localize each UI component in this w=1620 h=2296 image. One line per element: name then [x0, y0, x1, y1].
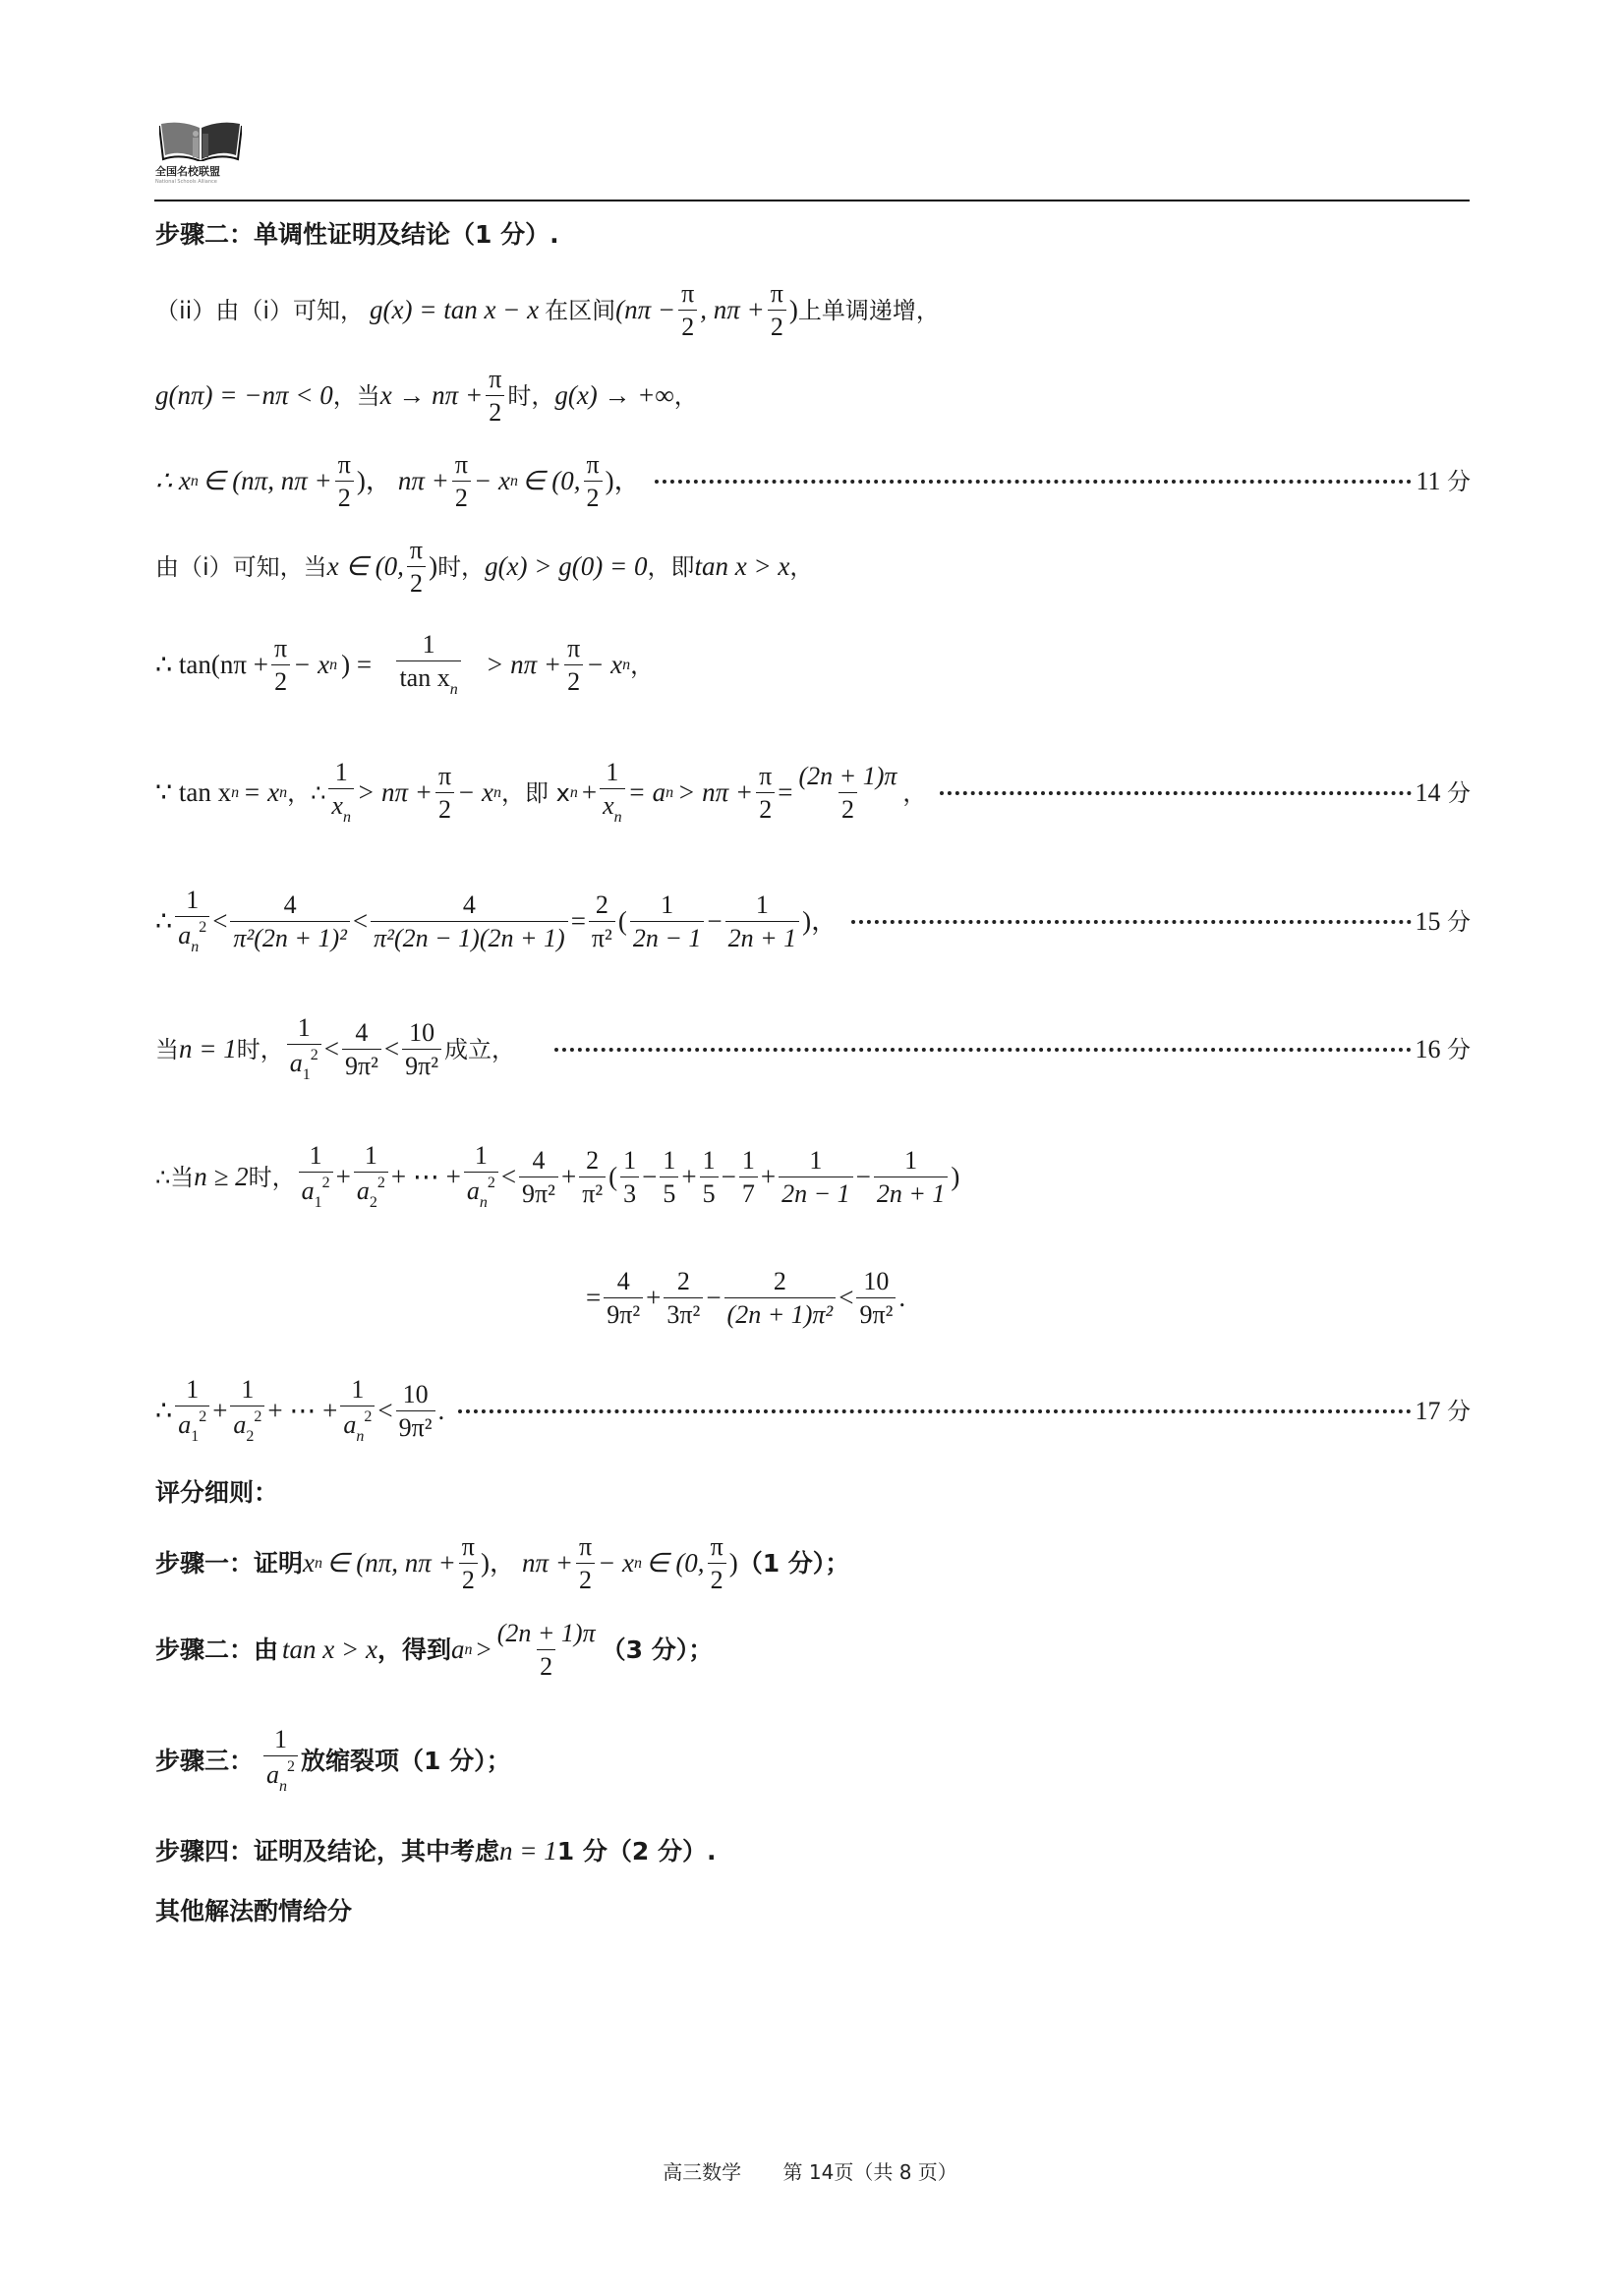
fraction: 1tan xn: [375, 631, 483, 699]
footer-page-number: 第 14页（共 8 页）: [783, 2160, 957, 2184]
fraction: 12n − 1: [779, 1147, 853, 1208]
line-limit: g(nπ) = −nπ < 0 ，当 x → nπ + π2 时， g(x) →…: [155, 366, 698, 427]
fraction: 12n − 1: [630, 891, 705, 952]
fraction: 49π²: [604, 1268, 643, 1329]
fraction: 1xn: [600, 759, 625, 827]
fraction: 12n + 1: [874, 1147, 949, 1208]
fraction: π2: [486, 366, 504, 427]
dot-leader: [940, 791, 1411, 795]
rubric-step-3: 步骤三： 1an2 放缩裂项（1 分）；: [155, 1726, 511, 1796]
line-sum-result: = 49π² + 23π² − 2(2n + 1)π² < 109π² .: [586, 1268, 905, 1329]
dot-leader: [655, 480, 1413, 484]
fraction: π2: [564, 635, 583, 696]
fraction: 49π²: [519, 1147, 558, 1208]
fraction: 2(2n + 1)π²: [724, 1268, 837, 1329]
fraction: 1xn: [328, 759, 354, 827]
fraction: 4π²(2n − 1)(2n + 1): [371, 891, 568, 952]
fraction: 1an2: [340, 1376, 375, 1446]
rubric-step-2: 步骤二：由 tan x > x ，得到 an > (2n + 1)π2 （3 分…: [155, 1620, 713, 1681]
fraction: 1an2: [464, 1142, 498, 1212]
fraction: 15: [700, 1147, 719, 1208]
fraction: π2: [452, 451, 471, 512]
fraction: π2: [407, 537, 426, 598]
fraction: 1an2: [263, 1726, 298, 1796]
dot-leader: [851, 920, 1411, 924]
fraction: π2: [271, 635, 290, 696]
fraction: π2: [583, 451, 602, 512]
fraction: 23π²: [664, 1268, 703, 1329]
fraction: 109π²: [402, 1019, 441, 1080]
footer-subject: 高三数学: [663, 2160, 741, 2184]
fraction: 4π²(2n + 1)²: [230, 891, 349, 952]
rubric-step-1: 步骤一：证明 xn ∈ (nπ, nπ + π2 )， nπ + π2 − xn…: [155, 1533, 849, 1594]
document-page: 全国名校联盟 National Schools Alliance 步骤二：单调性…: [0, 0, 1620, 2296]
school-alliance-logo: 全国名校联盟 National Schools Alliance: [155, 120, 250, 187]
open-book-icon: [159, 120, 242, 161]
fraction: π2: [708, 1533, 726, 1594]
fraction: 109π²: [396, 1381, 435, 1442]
fraction: 109π²: [856, 1268, 896, 1329]
fraction: 1an2: [175, 887, 209, 956]
fraction: π2: [459, 1533, 478, 1594]
line-sum-bound: ∴当 n ≥ 2 时， 1a12 + 1a22 + ⋯ + 1an2 < 49π…: [155, 1142, 959, 1212]
logo-english-name: National Schools Alliance: [155, 179, 217, 185]
line-score-16: 当 n = 1 时， 1a12 < 49π² < 109π² 成立， 16 分: [155, 1014, 1471, 1084]
fraction: 13: [620, 1147, 639, 1208]
fraction: π2: [435, 763, 454, 824]
fraction: (2n + 1)π2: [494, 1620, 599, 1681]
logo-chinese-name: 全国名校联盟: [155, 163, 220, 179]
score-mark: 15 分: [1416, 909, 1472, 935]
dot-leader: [554, 1048, 1411, 1052]
page-footer: 高三数学 第 14页（共 8 页）: [0, 2156, 1620, 2185]
step2-title: 步骤二：单调性证明及结论（1 分）.: [155, 222, 559, 247]
score-mark: 11 分: [1416, 469, 1471, 494]
fraction: 49π²: [342, 1019, 381, 1080]
fraction: 12n + 1: [725, 891, 800, 952]
fraction: 2π²: [579, 1147, 606, 1208]
fraction: 1a12: [287, 1014, 321, 1084]
fraction: π2: [678, 280, 697, 341]
rubric-title: 评分细则：: [155, 1480, 278, 1505]
fraction: 1a12: [175, 1376, 209, 1446]
fraction: 1a22: [354, 1142, 388, 1212]
other-solutions-note: 其他解法酌情给分: [155, 1899, 352, 1923]
fraction: π2: [335, 451, 354, 512]
line-tan-gt-x: 由（i）可知，当 x ∈ (0, π2 ) 时， g(x) > g(0) = 0…: [155, 537, 813, 598]
score-mark: 17 分: [1416, 1399, 1472, 1424]
fraction: π2: [768, 280, 786, 341]
line-score-17: ∴ 1a12 + 1a22 + ⋯ + 1an2 < 109π² . 17 分: [155, 1376, 1471, 1446]
fraction: π2: [756, 763, 775, 824]
fraction: (2n + 1)π2: [796, 763, 900, 824]
fraction: 17: [739, 1147, 758, 1208]
score-mark: 16 分: [1416, 1037, 1472, 1062]
fraction: π2: [576, 1533, 595, 1594]
fraction: 1a22: [230, 1376, 264, 1446]
fraction: 2π²: [589, 891, 615, 952]
header-rule: [154, 200, 1470, 201]
line-monotonic: （ii）由（i）可知， g(x) = tan x − x 在区间 (nπ − π…: [155, 280, 940, 341]
dot-leader: [458, 1409, 1411, 1413]
line-score-15: ∴ 1an2 < 4π²(2n + 1)² < 4π²(2n − 1)(2n +…: [155, 887, 1471, 956]
score-mark: 14 分: [1416, 780, 1472, 806]
fraction: 1a12: [299, 1142, 333, 1212]
line-score-11: ∴ xn ∈ (nπ, nπ + π2 )， nπ + π2 − xn ∈ (0…: [155, 451, 1471, 512]
line-tan-identity: ∴ tan(nπ + π2 − xn ) = 1tan xn > nπ + π2…: [155, 631, 654, 699]
line-score-14: ∵ tan xn = xn ，∴ 1xn > nπ + π2 − xn ，即 x…: [155, 759, 1471, 827]
fraction: 15: [660, 1147, 678, 1208]
rubric-step-4: 步骤四：证明及结论，其中考虑 n = 1 1 分（2 分）.: [155, 1838, 716, 1865]
